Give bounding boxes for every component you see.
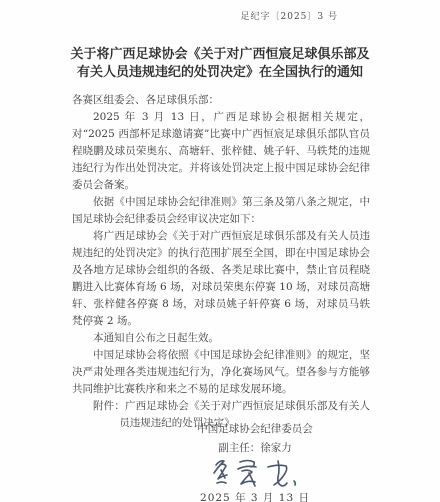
paragraph-closing-statement: 中国足球协会将依照《中国足球协会纪律准则》的规定，坚决严肃处理各类违规违纪行为，… [72,347,370,398]
signature-organization: 中国足球协会纪律委员会 [150,420,360,439]
paragraph-legal-basis: 依据《中国足球协会纪律准则》第三条及第八条之规定，中国足球协会纪律委员会经审议决… [72,194,370,228]
document-title-line2: 有关人员违规违纪的处罚决定》在全国执行的通知 [50,64,390,82]
document-title: 关于将广西足球协会《关于对广西恒宸足球俱乐部及 有关人员违规违纪的处罚决定》在全… [50,46,390,82]
handwritten-signature: 徐家力 [150,459,360,489]
salutation: 各赛区组委会、各足球俱乐部： [72,92,370,109]
document-title-line1: 关于将广西足球协会《关于对广西恒宸足球俱乐部及 [50,46,390,64]
paragraph-decision-detail: 将广西足球协会《关于对广西恒宸足球俱乐部及有关人员违规违纪的处罚决定》的执行范围… [72,228,370,330]
handwritten-signature-ink [208,457,304,491]
paragraph-effective-date: 本通知自公布之日起生效。 [72,330,370,347]
signature-block: 中国足球协会纪律委员会 副主任：徐家力 徐家力 2025 年 3 月 13 日 [150,420,360,502]
document-body: 各赛区组委会、各足球俱乐部： 2025 年 3 月 13 日，广西足球协会根据相… [72,92,370,432]
notice-document-page: 足纪字〔2025〕3 号 关于将广西足球协会《关于对广西恒宸足球俱乐部及 有关人… [0,0,440,502]
signature-role-name: 副主任：徐家力 [150,439,360,458]
paragraph-penalty-report: 2025 年 3 月 13 日，广西足球协会根据相关规定，对“2025 西部杯足… [72,109,370,194]
document-number: 足纪字〔2025〕3 号 [241,9,339,22]
